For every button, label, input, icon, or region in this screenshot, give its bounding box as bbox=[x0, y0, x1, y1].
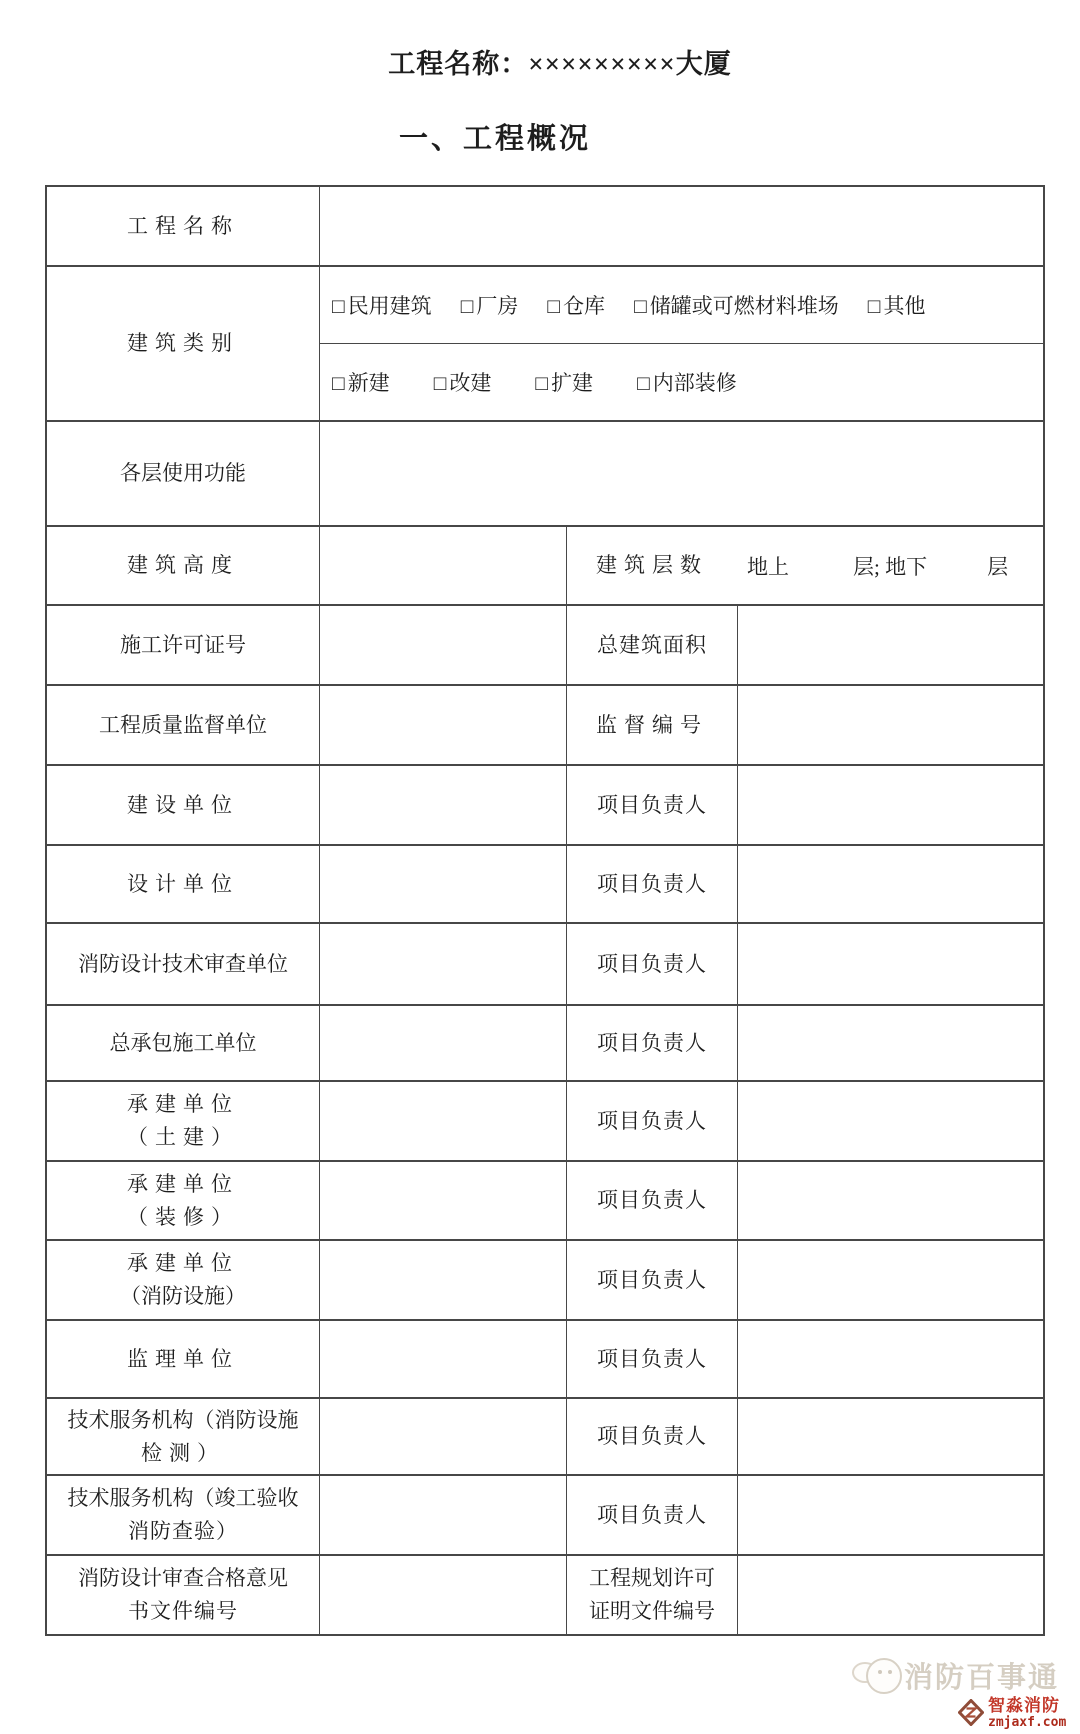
row-label-text: 项目负责人 bbox=[597, 1105, 707, 1138]
project-overview-table: 工程名称建筑类别□民用建筑□厂房□仓库□储罐或可燃材料堆场□其他□新建□改建□扩… bbox=[45, 185, 1045, 1636]
table-row-tech-service-acceptance: 技术服务机构（竣工验收消防查验）项目负责人 bbox=[47, 1474, 1043, 1554]
row-second-label-cell: 建筑层数 bbox=[566, 527, 737, 604]
row-second-label-cell: 项目负责人 bbox=[566, 924, 737, 1004]
row-label-text: 项目负责人 bbox=[597, 948, 707, 981]
row-second-label-cell: 项目负责人 bbox=[566, 846, 737, 922]
row-label-text: 证明文件编号 bbox=[589, 1595, 715, 1628]
table-row-supervision-unit: 监理单位项目负责人 bbox=[47, 1319, 1043, 1397]
checkbox-option-label: 内部装修 bbox=[653, 371, 737, 395]
row-second-value-cell bbox=[737, 1162, 1043, 1239]
row-label-text: 项目负责人 bbox=[597, 1264, 707, 1297]
row-second-value-cell bbox=[737, 846, 1043, 922]
row-label-cell: 承建单位（装修） bbox=[47, 1162, 319, 1239]
row-value-cell bbox=[319, 606, 566, 684]
row-value-cell bbox=[319, 1082, 566, 1160]
checkbox-icon: □ bbox=[461, 294, 474, 319]
row-value-cell bbox=[319, 686, 566, 764]
row-value-cell bbox=[319, 1241, 566, 1319]
checkbox-icon: □ bbox=[868, 294, 881, 319]
row-value-cell bbox=[319, 766, 566, 844]
table-row-project-name: 工程名称 bbox=[47, 187, 1043, 265]
diamond-logo-icon bbox=[958, 1699, 984, 1726]
row-label-cell: 建筑类别 bbox=[47, 267, 319, 420]
row-label-text: 建筑高度 bbox=[127, 549, 239, 582]
row-label-text: 项目负责人 bbox=[597, 789, 707, 822]
floors-text-part: 层 bbox=[987, 551, 1008, 581]
row-label-text: 建筑层数 bbox=[596, 549, 708, 582]
row-label-cell: 设计单位 bbox=[47, 846, 319, 922]
floors-text-part: 地上 bbox=[747, 551, 789, 581]
row-label-text: 消防设计审查合格意见 bbox=[78, 1562, 288, 1595]
checkbox-icon: □ bbox=[332, 371, 345, 396]
row-second-value-cell bbox=[737, 766, 1043, 844]
checkbox-option: □新建 bbox=[332, 367, 390, 397]
row-label-cell: 总承包施工单位 bbox=[47, 1006, 319, 1080]
baishitong-watermark-text: 消防百事通 bbox=[904, 1655, 1059, 1696]
zhimiao-brand-url: zmjaxf.com bbox=[988, 1715, 1066, 1731]
checkbox-option-label: 民用建筑 bbox=[348, 294, 432, 318]
table-row-tech-service-detection: 技术服务机构（消防设施检测）项目负责人 bbox=[47, 1397, 1043, 1474]
table-row-builder-decoration: 承建单位（装修）项目负责人 bbox=[47, 1160, 1043, 1239]
checkbox-option: □民用建筑 bbox=[332, 290, 432, 320]
row-label-text: 消防设计技术审查单位 bbox=[78, 948, 288, 981]
row-label-cell: 各层使用功能 bbox=[47, 422, 319, 525]
row-label-text: （消防设施） bbox=[120, 1280, 246, 1313]
row-second-label-cell: 总建筑面积 bbox=[566, 606, 737, 684]
baishitong-mascot-icon bbox=[852, 1652, 904, 1698]
row-second-value-cell bbox=[737, 606, 1043, 684]
row-label-text: 承建单位 bbox=[127, 1168, 239, 1201]
row-label-cell: 监理单位 bbox=[47, 1321, 319, 1397]
row-value-cell bbox=[319, 1476, 566, 1554]
table-row-design-unit: 设计单位项目负责人 bbox=[47, 844, 1043, 922]
row-second-value-cell bbox=[737, 1399, 1043, 1474]
checkbox-option-label: 扩建 bbox=[551, 371, 593, 395]
row-label-text: 技术服务机构（竣工验收 bbox=[68, 1482, 299, 1515]
row-second-value-cell bbox=[737, 924, 1043, 1004]
baishitong-watermark: 消防百事通 bbox=[852, 1652, 1059, 1698]
row-second-label-cell: 项目负责人 bbox=[566, 1241, 737, 1319]
row-label-cell: 消防设计审查合格意见书文件编号 bbox=[47, 1556, 319, 1634]
checkbox-option: □改建 bbox=[434, 367, 492, 397]
row-second-value-cell bbox=[737, 1476, 1043, 1554]
row-label-text: 项目负责人 bbox=[597, 1420, 707, 1453]
row-label-text: 检测） bbox=[141, 1437, 225, 1470]
row-label-text: 监理单位 bbox=[127, 1343, 239, 1376]
row-second-value-cell bbox=[737, 1321, 1043, 1397]
table-row-general-contractor-unit: 总承包施工单位项目负责人 bbox=[47, 1004, 1043, 1080]
table-row-fire-design-review-unit: 消防设计技术审查单位项目负责人 bbox=[47, 922, 1043, 1004]
checkbox-option: □储罐或可燃材料堆场 bbox=[634, 290, 839, 320]
document-header-project-name: 工程名称：×××××××××大厦 bbox=[20, 42, 1080, 81]
row-label-text: 项目负责人 bbox=[597, 1343, 707, 1376]
row-label-text: 项目负责人 bbox=[597, 1499, 707, 1532]
row-second-label-cell: 项目负责人 bbox=[566, 1399, 737, 1474]
row-value-cell bbox=[319, 1399, 566, 1474]
table-row-fire-design-approval-doc-no: 消防设计审查合格意见书文件编号工程规划许可证明文件编号 bbox=[47, 1554, 1043, 1634]
row-value-cell bbox=[319, 1556, 566, 1634]
checkbox-option: □内部装修 bbox=[637, 367, 737, 397]
row-label-text: 施工许可证号 bbox=[120, 629, 246, 662]
checkbox-option-label: 改建 bbox=[449, 371, 491, 395]
row-second-label-cell: 项目负责人 bbox=[566, 1321, 737, 1397]
checkbox-icon: □ bbox=[547, 294, 560, 319]
table-row-floor-functions: 各层使用功能 bbox=[47, 420, 1043, 525]
row-label-text: 书文件编号 bbox=[128, 1595, 238, 1628]
row-second-label-cell: 项目负责人 bbox=[566, 766, 737, 844]
section-title: 一、工程概况 bbox=[0, 116, 1035, 157]
checkbox-option-group: □新建□改建□扩建□内部装修 bbox=[320, 343, 1043, 420]
row-value-cell bbox=[319, 1006, 566, 1080]
row-label-cell: 消防设计技术审查单位 bbox=[47, 924, 319, 1004]
row-label-text: 设计单位 bbox=[127, 868, 239, 901]
row-second-value-cell bbox=[737, 1082, 1043, 1160]
row-label-text: （装修） bbox=[127, 1201, 239, 1234]
row-label-text: 监督编号 bbox=[596, 709, 708, 742]
row-second-label-cell: 工程规划许可证明文件编号 bbox=[566, 1556, 737, 1634]
table-row-builder-fire-facilities: 承建单位（消防设施）项目负责人 bbox=[47, 1239, 1043, 1319]
row-label-text: 技术服务机构（消防设施 bbox=[68, 1404, 299, 1437]
row-value-cell bbox=[319, 1162, 566, 1239]
row-label-text: 各层使用功能 bbox=[120, 457, 246, 490]
row-label-cell: 施工许可证号 bbox=[47, 606, 319, 684]
row-value-cell bbox=[319, 527, 566, 604]
checkbox-icon: □ bbox=[332, 294, 345, 319]
checkbox-icon: □ bbox=[434, 371, 447, 396]
row-second-value-cell bbox=[737, 1006, 1043, 1080]
row-second-label-cell: 监督编号 bbox=[566, 686, 737, 764]
row-label-text: 总建筑面积 bbox=[597, 629, 707, 662]
building-category-options: □民用建筑□厂房□仓库□储罐或可燃材料堆场□其他□新建□改建□扩建□内部装修 bbox=[319, 267, 1043, 420]
row-second-label-cell: 项目负责人 bbox=[566, 1476, 737, 1554]
row-label-text: 项目负责人 bbox=[597, 1184, 707, 1217]
row-label-cell: 技术服务机构（消防设施检测） bbox=[47, 1399, 319, 1474]
checkbox-option: □厂房 bbox=[461, 290, 519, 320]
checkbox-option-label: 仓库 bbox=[563, 294, 605, 318]
row-value-cell bbox=[319, 1321, 566, 1397]
zhimiao-brand-name: 智淼消防 bbox=[988, 1697, 1066, 1715]
row-label-text: 工程规划许可 bbox=[589, 1562, 715, 1595]
row-label-cell: 承建单位（消防设施） bbox=[47, 1241, 319, 1319]
row-label-text: 项目负责人 bbox=[597, 868, 707, 901]
row-second-value-cell bbox=[737, 1241, 1043, 1319]
table-row-quality-supervision-unit: 工程质量监督单位监督编号 bbox=[47, 684, 1043, 764]
row-label-text: 承建单位 bbox=[127, 1088, 239, 1121]
row-second-label-cell: 项目负责人 bbox=[566, 1006, 737, 1080]
table-row-building-height: 建筑高度建筑层数地上层; 地下层 bbox=[47, 525, 1043, 604]
row-label-text: 建设单位 bbox=[127, 789, 239, 822]
row-second-label-cell: 项目负责人 bbox=[566, 1162, 737, 1239]
row-label-text: 总承包施工单位 bbox=[110, 1027, 257, 1060]
checkbox-option: □扩建 bbox=[535, 367, 593, 397]
row-label-text: 工程质量监督单位 bbox=[99, 709, 267, 742]
table-row-builder-civil: 承建单位（土建）项目负责人 bbox=[47, 1080, 1043, 1160]
checkbox-option-group: □民用建筑□厂房□仓库□储罐或可燃材料堆场□其他 bbox=[320, 267, 1043, 343]
row-label-text: 消防查验） bbox=[128, 1515, 238, 1548]
checkbox-icon: □ bbox=[637, 371, 650, 396]
row-label-cell: 技术服务机构（竣工验收消防查验） bbox=[47, 1476, 319, 1554]
zhimiao-logo: 智淼消防 zmjaxf.com bbox=[958, 1697, 1066, 1730]
row-value-cell bbox=[319, 924, 566, 1004]
row-label-cell: 工程质量监督单位 bbox=[47, 686, 319, 764]
row-label-text: 承建单位 bbox=[127, 1247, 239, 1280]
row-value-cell bbox=[319, 187, 1043, 265]
checkbox-option-label: 储罐或可燃材料堆场 bbox=[650, 294, 839, 318]
row-value-cell bbox=[319, 422, 1043, 525]
row-label-text: 建筑类别 bbox=[127, 327, 239, 360]
checkbox-option-label: 新建 bbox=[348, 371, 390, 395]
row-label-text: （土建） bbox=[127, 1121, 239, 1154]
row-second-label-cell: 项目负责人 bbox=[566, 1082, 737, 1160]
row-label-text: 工程名称 bbox=[127, 210, 239, 243]
checkbox-icon: □ bbox=[634, 294, 647, 319]
row-value-cell bbox=[319, 846, 566, 922]
row-label-cell: 建筑高度 bbox=[47, 527, 319, 604]
floors-fill-in-cell: 地上层; 地下层 bbox=[737, 527, 1043, 604]
row-label-cell: 承建单位（土建） bbox=[47, 1082, 319, 1160]
checkbox-icon: □ bbox=[535, 371, 548, 396]
table-row-construction-owner-unit: 建设单位项目负责人 bbox=[47, 764, 1043, 844]
table-row-construction-permit-no: 施工许可证号总建筑面积 bbox=[47, 604, 1043, 684]
checkbox-option-label: 厂房 bbox=[476, 294, 518, 318]
row-second-value-cell bbox=[737, 1556, 1043, 1634]
table-row-building-category: 建筑类别□民用建筑□厂房□仓库□储罐或可燃材料堆场□其他□新建□改建□扩建□内部… bbox=[47, 265, 1043, 420]
checkbox-option: □仓库 bbox=[547, 290, 605, 320]
row-second-value-cell bbox=[737, 686, 1043, 764]
checkbox-option-label: 其他 bbox=[883, 294, 925, 318]
checkbox-option: □其他 bbox=[868, 290, 926, 320]
row-label-cell: 工程名称 bbox=[47, 187, 319, 265]
floors-text-part: 层; 地下 bbox=[853, 551, 927, 581]
row-label-text: 项目负责人 bbox=[597, 1027, 707, 1060]
row-label-cell: 建设单位 bbox=[47, 766, 319, 844]
